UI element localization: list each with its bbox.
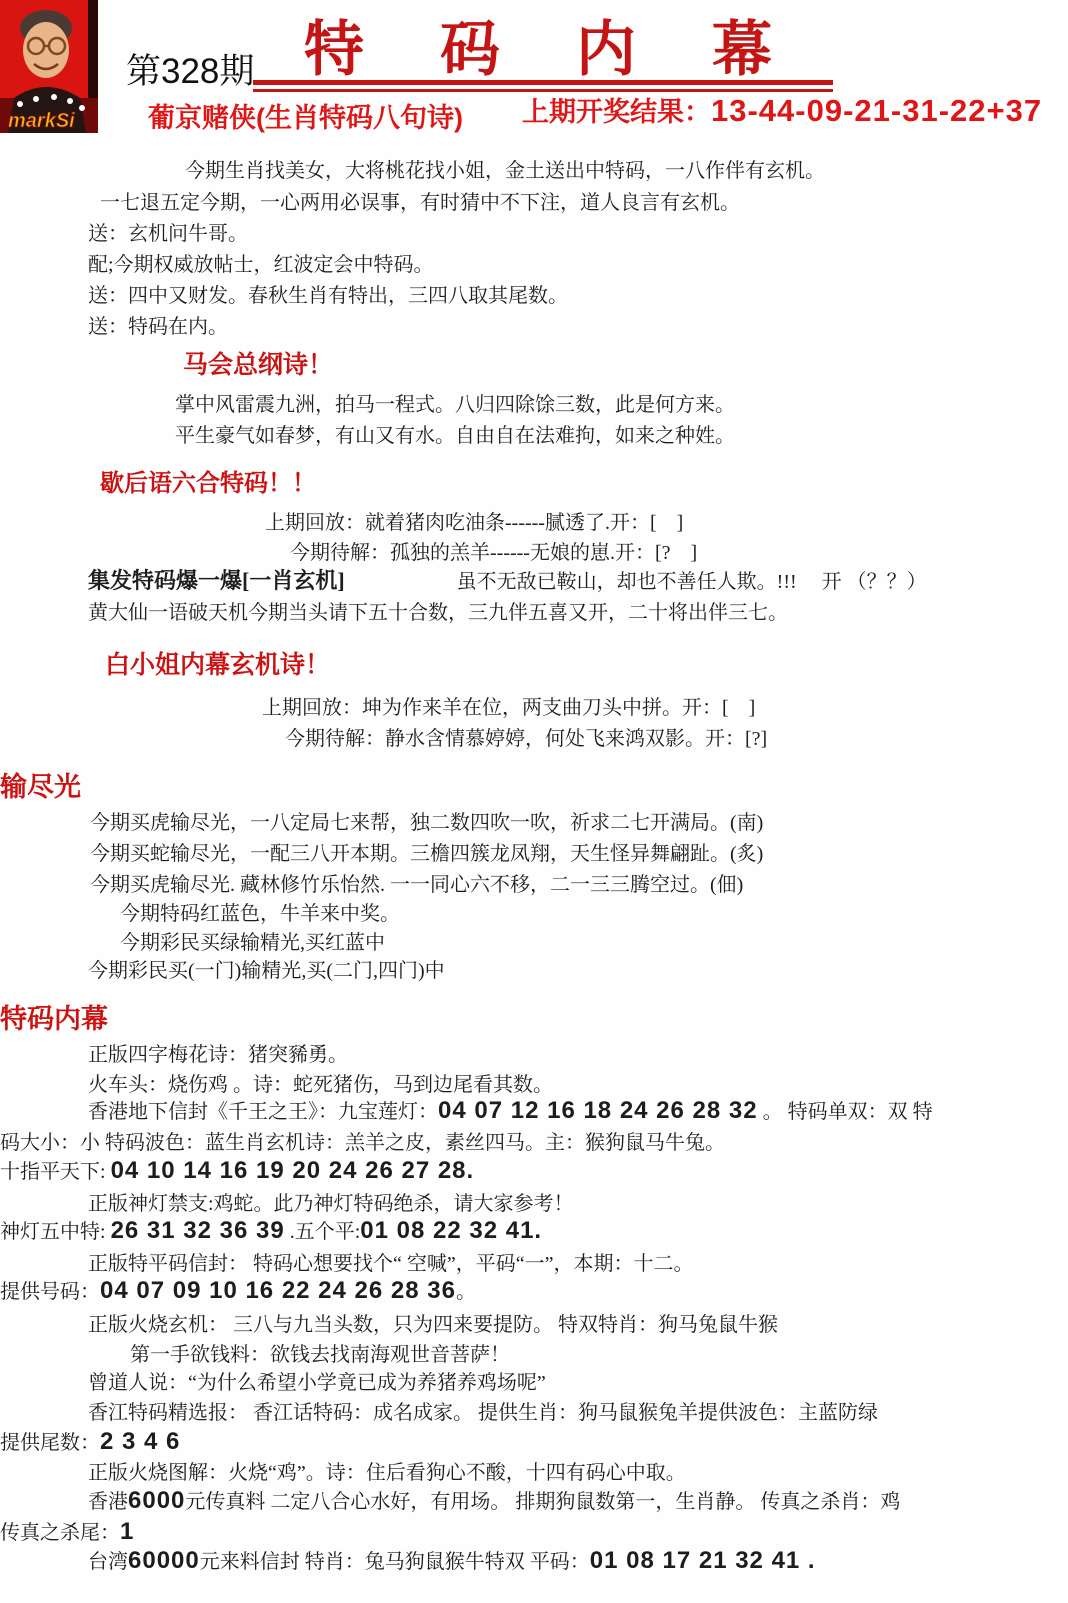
xinfeng-tail: 。 特码单双：双 特: [758, 1101, 933, 1123]
weishu-line: 提供尾数：2 3 4 6: [0, 1429, 180, 1456]
shujinguang-line: 今期彩民买绿输精光,买红蓝中: [120, 930, 385, 956]
chuanzhen-pre: 香港: [88, 1491, 128, 1513]
xiehouyu-current: 今期待解：孤独的羔羊------无娘的崽.开：[? ]: [290, 540, 697, 566]
poem-line: 配;今期权威放帖士，红波定会中特码。: [88, 252, 434, 278]
taiwan-pre: 台湾: [88, 1551, 128, 1573]
shujinguang-line: 今期买虎输尽光. 藏林修竹乐怡然. 一一同心六不移，二一三三腾空过。(佃): [90, 872, 743, 898]
chuanzhen-line: 香港6000元传真料 二定八合心水好，有用场。 排期狗鼠数第一，生肖静。 传真之…: [88, 1488, 900, 1515]
yuqian-line: 第一手欲钱料：欲钱去找南海观世音菩萨！: [130, 1342, 510, 1368]
taiwan-numbers: 01 08 17 21 32 41: [590, 1547, 801, 1574]
shizhi-line: 十指平天下: 04 10 14 16 19 20 24 26 27 28.: [0, 1158, 474, 1185]
xiangjiang-line: 香江特码精选报： 香江话特码：成名成家。 提供生肖：狗马鼠猴兔羊提供波色：主蓝防…: [88, 1400, 878, 1426]
shawei-label: 传真之杀尾：: [0, 1522, 120, 1544]
poem-line: 今期生肖找美女，大将桃花找小姐，金土送出中特码，一八作伴有玄机。: [185, 158, 825, 184]
xinfeng-label: 香港地下信封《千王之王》：九宝莲灯：: [88, 1101, 438, 1123]
title-underline-top: [253, 80, 833, 85]
poem-line: 送：玄机问牛哥。: [88, 221, 248, 247]
zengdaoren-line: 曾道人说：“为什么希望小学竟已成为养猪养鸡场呢”: [88, 1370, 546, 1396]
taiwan-line: 台湾60000元来料信封 特肖：兔马狗鼠猴牛特双 平码：01 08 17 21 …: [88, 1548, 816, 1575]
haoma-tail: 。: [456, 1281, 476, 1303]
shizhi-numbers: 04 10 14 16 19 20 24 26 27 28.: [111, 1157, 475, 1184]
shendeng-numbers-2: 01 08 22 32 41.: [360, 1217, 542, 1244]
zonggang-line: 平生豪气如春梦，有山又有水。自由自在法难拘，如来之种姓。: [175, 423, 735, 449]
shendeng-jinzhi-line: 正版神灯禁支:鸡蛇。此乃神灯特码绝杀，请大家参考！: [88, 1191, 574, 1217]
taiwan-tail: .: [800, 1547, 815, 1574]
last-draw-result-numbers: 13-44-09-21-31-22+37: [711, 93, 1042, 128]
tip-sheet-page: markSi 第328期 特码内幕 葡京赌侠(生肖特码八句诗) 上期开奖结果：1…: [0, 0, 1068, 1603]
baixiaojie-current: 今期待解：静水含情慕婷婷，何处飞来鸿双影。开：[?]: [285, 726, 767, 752]
meihua-poem-line: 正版四字梅花诗：猪突豨勇。: [88, 1042, 348, 1068]
xinfeng-wrap-line: 码大小：小 特码波色：蓝生肖玄机诗：羔羊之皮，素丝四马。主：猴狗鼠马牛兔。: [0, 1130, 725, 1156]
section-heading-xiehouyu: 歇后语六合特码！！: [100, 463, 316, 498]
subtitle-poem-label: 葡京赌侠(生肖特码八句诗): [148, 96, 463, 135]
shendeng-line: 神灯五中特: 26 31 32 36 39 .五个平:01 08 22 32 4…: [0, 1218, 542, 1245]
shendeng-mid-label: .五个平:: [285, 1221, 361, 1243]
logo-brand-text: markSi: [8, 110, 75, 132]
xinfeng-numbers: 04 07 12 16 18 24 26 28 32: [438, 1097, 758, 1124]
section-heading-zonggang: 马会总纲诗！: [183, 345, 333, 381]
taiwan-amount: 60000: [128, 1547, 200, 1574]
xiehouyu-burst-text: 虽不无敌已鞍山，却也不善任人欺。!!! 开 （？？）: [457, 571, 927, 593]
baixiaojie-prev: 上期回放：坤为作来羊在位，两支曲刀头中拼。开：[ ]: [262, 695, 755, 721]
xinfeng-line: 香港地下信封《千王之王》：九宝莲灯：04 07 12 16 18 24 26 2…: [88, 1098, 933, 1125]
last-draw-result: 上期开奖结果：13-44-09-21-31-22+37: [522, 90, 1042, 129]
huoshao-xuanji-line: 正版火烧玄机： 三八与九当头数，只为四来要提防。 特双特肖：狗马兔鼠牛猴: [88, 1312, 778, 1338]
huangdaxian-line: 黄大仙一语破天机今期当头请下五十合数，三九伴五喜又开，二十将出伴三七。: [88, 600, 788, 626]
haoma-numbers: 04 07 09 10 16 22 24 26 28 36: [100, 1277, 456, 1304]
shujinguang-line: 今期特码红蓝色，牛羊来中奖。: [120, 901, 400, 927]
shujinguang-line: 今期买蛇输尽光，一配三八开本期。三檐四簇龙凤翔，天生怪异舞翩趾。(炙): [90, 841, 763, 867]
chuanzhen-amount: 6000: [128, 1487, 185, 1514]
section-heading-neimu: 特码内幕: [0, 997, 108, 1036]
issue-number: 第328期: [126, 44, 254, 94]
portrait-photo: markSi: [0, 0, 98, 133]
shawei-line: 传真之杀尾：1: [0, 1519, 134, 1546]
xiehouyu-burst-label: 集发特码爆一爆[一肖玄机]: [88, 568, 345, 593]
haoma-label: 提供号码：: [0, 1281, 100, 1303]
section-heading-shujinguang: 输尽光: [0, 765, 81, 804]
poem-line: 一七退五定今期，一心两用必误事，有时猜中不下注，道人良言有玄机。: [100, 190, 740, 216]
page-title: 特码内幕: [304, 2, 848, 88]
tepingma-line: 正版特平码信封： 特码心想要找个“ 空喊”，平码“一”，本期：十二。: [88, 1251, 694, 1277]
weishu-label: 提供尾数：: [0, 1432, 100, 1454]
last-draw-result-label: 上期开奖结果：: [522, 97, 711, 127]
zonggang-line: 掌中风雷震九洲，拍马一程式。八归四除馀三数，此是何方来。: [175, 392, 735, 418]
shujinguang-line: 今期买虎输尽光，一八定局七来帮，独二数四吹一吹，祈求二七开满局。(南): [90, 810, 763, 836]
shendeng-numbers: 26 31 32 36 39: [111, 1217, 285, 1244]
marksix-logo: markSi: [0, 0, 98, 133]
shujinguang-line: 今期彩民买(一门)输精光,买(二门,四门)中: [88, 958, 445, 984]
xiehouyu-burst: 集发特码爆一爆[一肖玄机]虽不无敌已鞍山，却也不善任人欺。!!! 开 （？？）: [88, 568, 927, 595]
poem-line: 送：特码在内。: [88, 314, 228, 340]
shendeng-label: 神灯五中特:: [0, 1221, 111, 1243]
xiehouyu-prev: 上期回放：就着猪肉吃油条------腻透了.开：[ ]: [265, 510, 683, 536]
section-heading-baixiaojie: 白小姐内幕玄机诗！: [105, 645, 330, 681]
poem-line: 送：四中又财发。春秋生肖有特出，三四八取其尾数。: [88, 283, 568, 309]
shizhi-label: 十指平天下:: [0, 1161, 111, 1183]
taiwan-text: 元来料信封 特肖：兔马狗鼠猴牛特双 平码：: [200, 1551, 590, 1573]
shawei-number: 1: [120, 1518, 134, 1545]
huochetou-line: 火车头：烧伤鸡 。诗：蛇死猪伤，马到边尾看其数。: [88, 1072, 553, 1098]
haoma-line: 提供号码：04 07 09 10 16 22 24 26 28 36。: [0, 1278, 476, 1305]
chuanzhen-text: 元传真料 二定八合心水好，有用场。 排期狗鼠数第一，生肖静。 传真之杀肖：鸡: [185, 1491, 900, 1513]
weishu-numbers: 2 3 4 6: [100, 1428, 180, 1455]
huoshao-tujie-line: 正版火烧图解：火烧“鸡”。诗：住后看狗心不酸，十四有码心中取。: [88, 1460, 686, 1486]
